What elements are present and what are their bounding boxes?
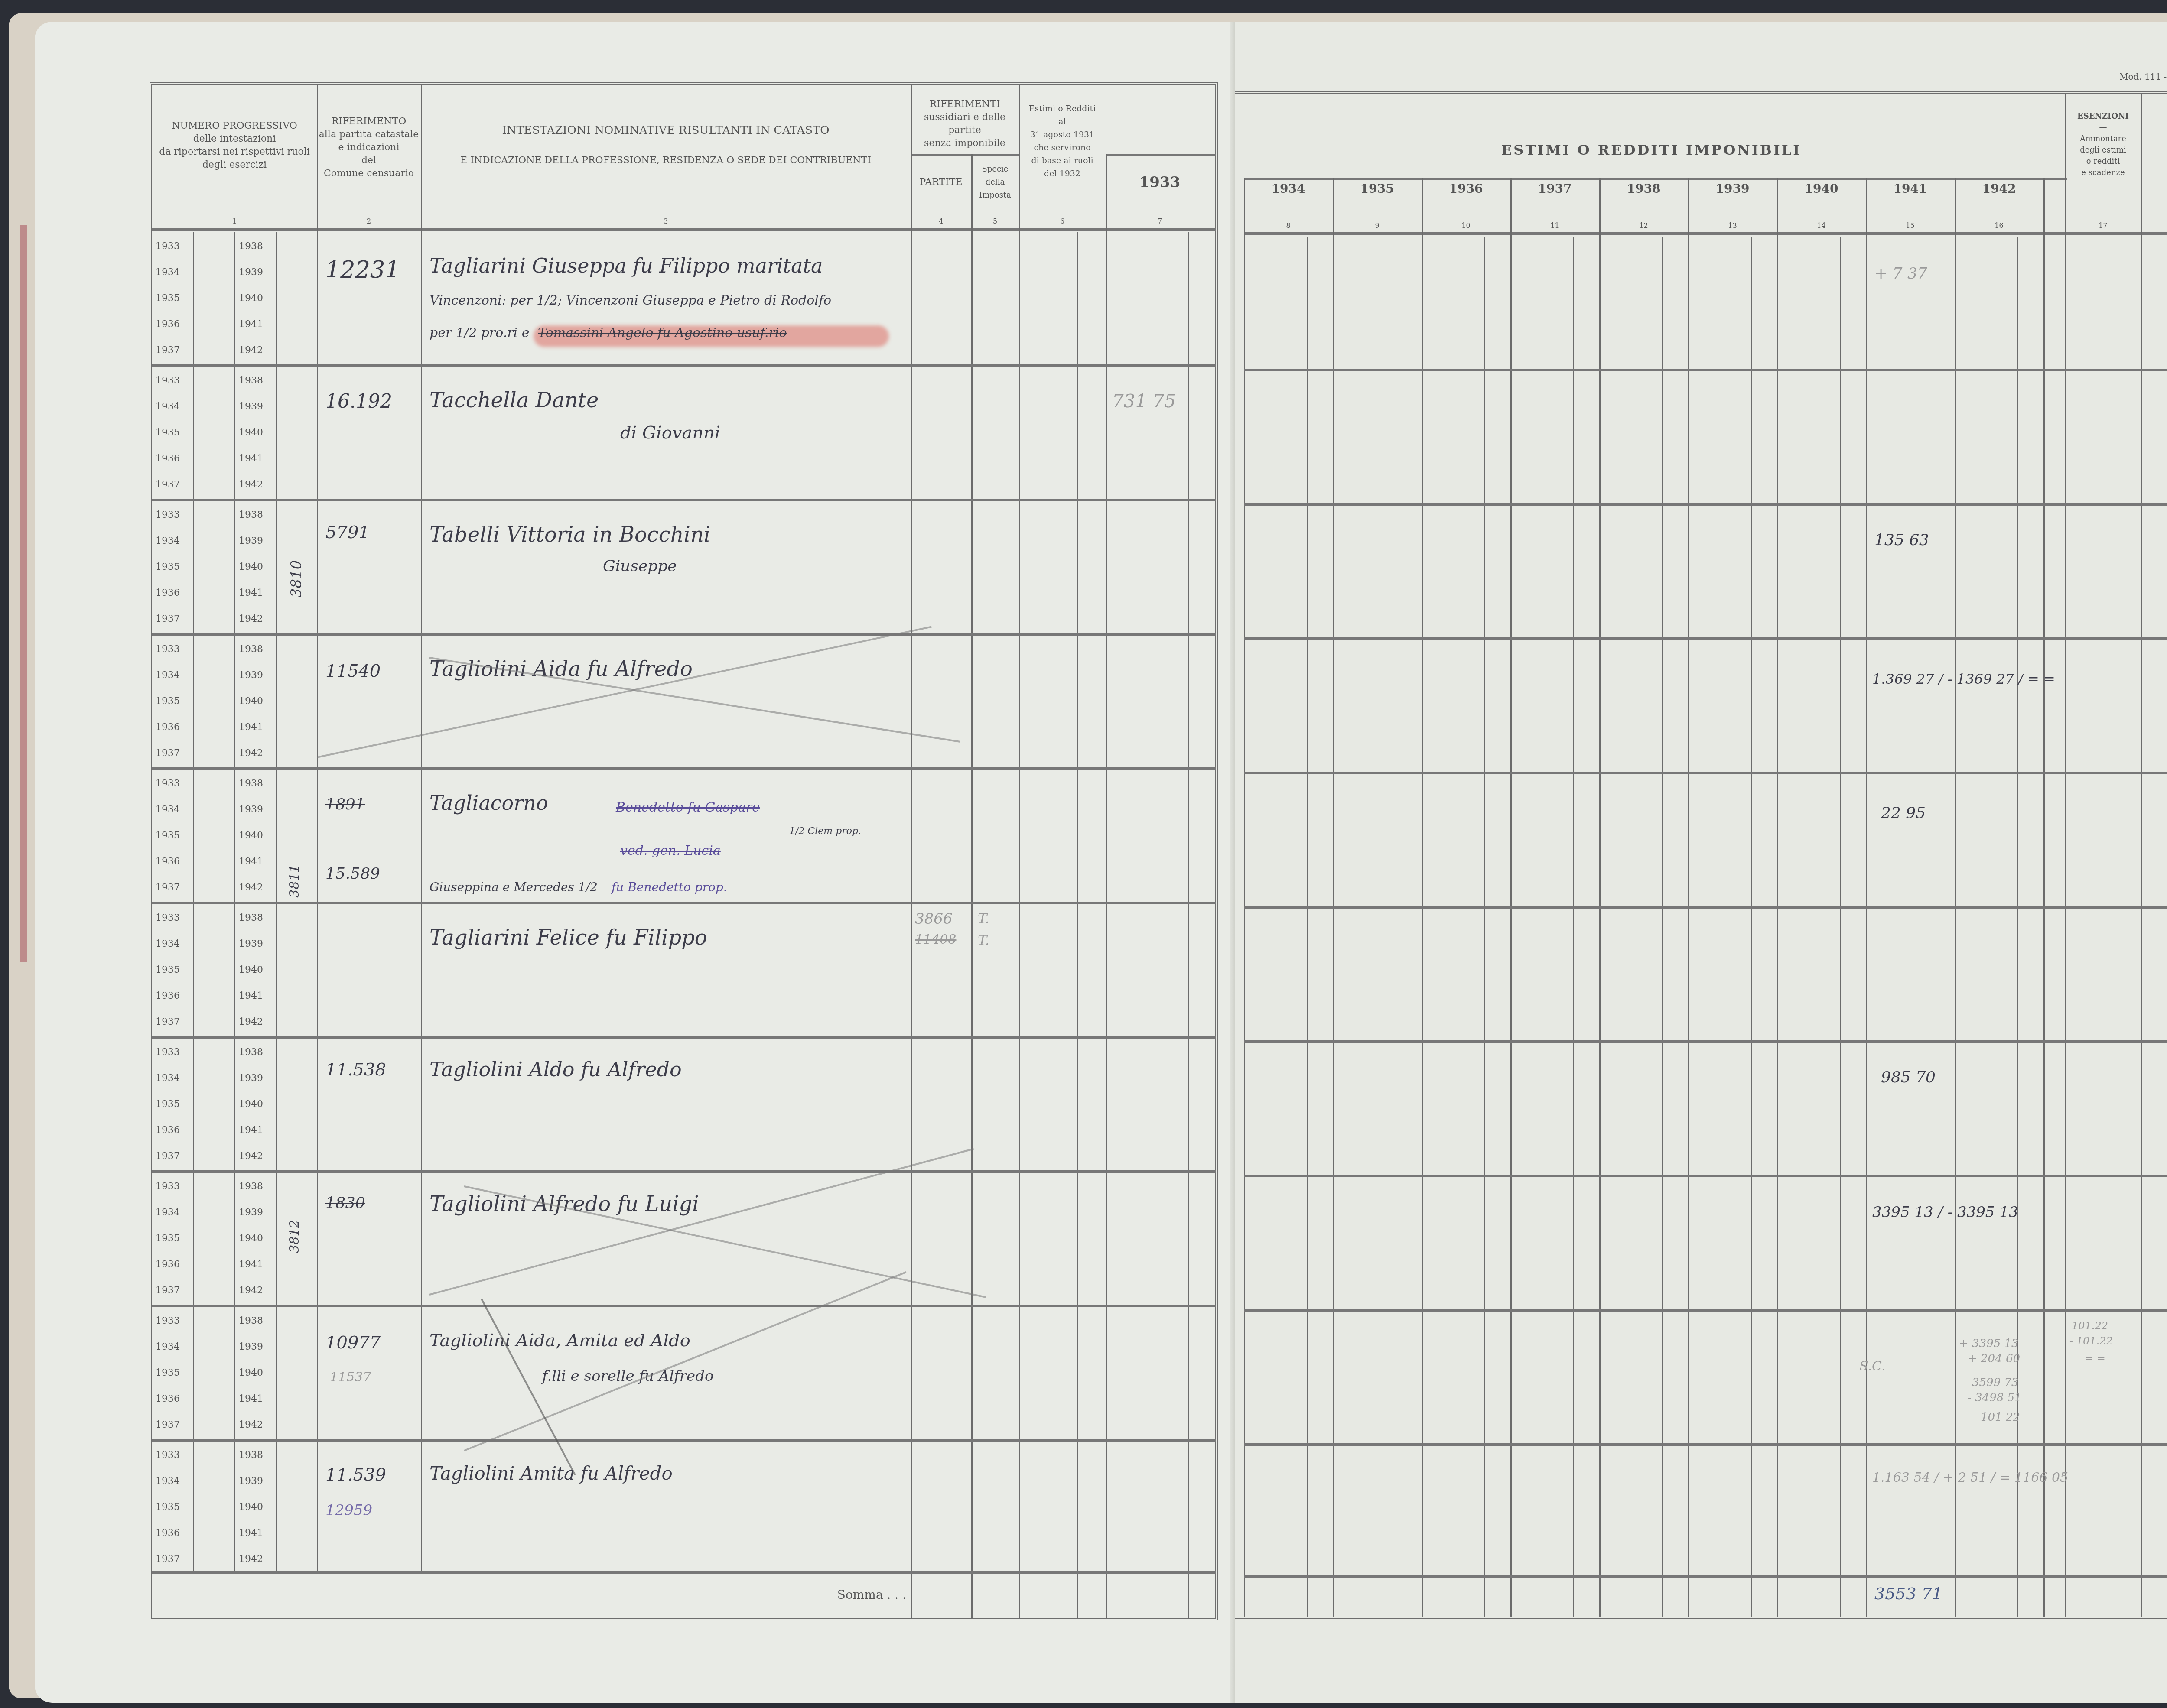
- esenzioni-line: —: [2065, 122, 2141, 133]
- col-number-7: 7: [1106, 215, 1214, 228]
- header-bottom-rule: [152, 228, 1216, 231]
- col3-sub: E INDICAZIONE DELLA PROFESSIONE, RESIDEN…: [421, 154, 911, 167]
- col3-title: INTESTAZIONI NOMINATIVE RISULTANTI IN CA…: [421, 124, 911, 137]
- year-label: 1935: [156, 696, 180, 707]
- pencil-cross-line: [429, 657, 960, 743]
- struck-partita: 1830: [325, 1194, 365, 1212]
- col6-line-2: al: [1019, 115, 1106, 128]
- year-label: 1936: [156, 1125, 180, 1136]
- col6-line-4: che servirono: [1019, 141, 1106, 154]
- row-divider: [1244, 906, 2167, 909]
- year-label: 1933: [156, 241, 180, 252]
- row-divider: [152, 902, 1216, 904]
- row-divider: [152, 364, 1216, 367]
- esenzioni-line: o redditi: [2065, 156, 2141, 167]
- imposta-type: T.: [978, 932, 989, 948]
- col-divider: [2141, 94, 2142, 1617]
- year-label: 1933: [156, 1450, 180, 1461]
- col6-header: Estimi o Redditi al 31 agosto 1931 che s…: [1019, 102, 1106, 180]
- col2-sub-3: del: [317, 154, 421, 167]
- col2-sub-1: alla partita catastale: [317, 128, 421, 141]
- col1-sub-3: degli esercizi: [152, 159, 317, 172]
- col-divider: [1955, 178, 1956, 1617]
- calc-line: + 204 60: [1968, 1352, 2020, 1365]
- col-number-3: 3: [421, 215, 911, 228]
- year-header-1940: 1940: [1777, 182, 1866, 195]
- year-label: 1936: [156, 453, 180, 464]
- owner-detail: f.lli e sorelle fu Alfredo: [542, 1367, 713, 1385]
- esenzioni-value: = =: [2085, 1352, 2105, 1364]
- calc-line: 3599 73: [1972, 1376, 2019, 1389]
- esenzioni-line: ESENZIONI: [2065, 111, 2141, 122]
- pen-cross-line: [481, 1299, 576, 1475]
- year-header-1937: 1937: [1510, 182, 1599, 195]
- row-divider: [1244, 503, 2167, 506]
- cents-divider: [1751, 237, 1752, 1617]
- struck-partita: 1891: [325, 796, 365, 813]
- year-label: 1940: [239, 964, 263, 975]
- row-divider: [152, 1571, 1216, 1574]
- row-divider: [152, 633, 1216, 636]
- col5-line-3: Imposta: [971, 189, 1019, 202]
- year-header-1941: 1941: [1866, 182, 1955, 195]
- year-label: 1935: [156, 1502, 180, 1513]
- year-label: 1937: [156, 748, 180, 759]
- year-label: 1934: [156, 938, 180, 949]
- cents-divider: [1929, 237, 1929, 1617]
- year-label: 1939: [239, 1207, 263, 1218]
- owner-detail: Giuseppina e Mercedes 1/2: [429, 880, 598, 894]
- year-label: 1939: [239, 536, 263, 546]
- year-label: 1937: [156, 1151, 180, 1162]
- col1-title: NUMERO PROGRESSIVO: [152, 120, 317, 133]
- col-divider: [1019, 85, 1020, 1619]
- year-label: 1942: [239, 1285, 263, 1296]
- year-label: 1942: [239, 479, 263, 490]
- year-label: 1934: [156, 1341, 180, 1352]
- year-label: 1939: [239, 1476, 263, 1487]
- year-label: 1936: [156, 856, 180, 867]
- year-label: 1940: [239, 830, 263, 841]
- year-label: 1938: [239, 375, 263, 386]
- year-header-1939: 1939: [1688, 182, 1777, 195]
- year-label: 1934: [156, 267, 180, 278]
- year-label: 1934: [156, 536, 180, 546]
- year-label: 1942: [239, 1554, 263, 1565]
- right-ledger-table: ESTIMI O REDDITI IMPONIBILI 1934 1935 19…: [1235, 91, 2167, 1620]
- row-divider: [152, 1305, 1216, 1307]
- value-1941-entry-3: 135 63: [1874, 531, 1929, 549]
- partita-number: 11540: [325, 661, 381, 681]
- year-label: 1933: [156, 1315, 180, 1326]
- year-label: 1933: [156, 912, 180, 923]
- year-label: 1942: [239, 748, 263, 759]
- col3-header: INTESTAZIONI NOMINATIVE RISULTANTI IN CA…: [421, 124, 911, 167]
- col-number-8: 8: [1244, 219, 1333, 232]
- year-label: 1934: [156, 1207, 180, 1218]
- row-divider: [1244, 1309, 2167, 1312]
- year-label: 1933: [156, 375, 180, 386]
- year-label: 1939: [239, 267, 263, 278]
- col2-title: RIFERIMENTO: [317, 115, 421, 128]
- value-1941-entry-1: + 7 37: [1874, 265, 1927, 283]
- col2-header: RIFERIMENTO alla partita catastale e ind…: [317, 115, 421, 180]
- year-label: 1941: [239, 1528, 263, 1539]
- partita-number: 11.538: [325, 1060, 386, 1080]
- col-number-10: 10: [1422, 219, 1510, 232]
- year-label: 1936: [156, 588, 180, 598]
- col-divider: [2065, 94, 2066, 1617]
- row-divider: [152, 1439, 1216, 1442]
- esenzioni-header: ESENZIONI — Ammontare degli estimi o red…: [2065, 111, 2141, 179]
- col4-header: PARTITE: [911, 176, 971, 189]
- side-note: 3810: [288, 560, 305, 598]
- col-number-17: 17: [2065, 219, 2141, 232]
- col-number-12: 12: [1599, 219, 1688, 232]
- owner-detail: fu Benedetto prop.: [612, 880, 727, 894]
- year-label: 1940: [239, 1367, 263, 1378]
- year-label: 1939: [239, 1341, 263, 1352]
- year-header-1935: 1935: [1333, 182, 1422, 195]
- col-number-14: 14: [1777, 219, 1866, 232]
- col-divider: [1599, 178, 1601, 1617]
- struck-partite-value: 11408: [915, 932, 956, 947]
- year-header-1938: 1938: [1599, 182, 1688, 195]
- col45-sub-2: senza imponibile: [911, 137, 1019, 150]
- value-1941-entry-7: 985 70: [1881, 1068, 1936, 1086]
- cents-divider: [1188, 232, 1189, 1619]
- row-divider: [1244, 1443, 2167, 1446]
- year-label: 1939: [239, 401, 263, 412]
- year-label: 1942: [239, 882, 263, 893]
- row-divider: [1244, 1575, 2167, 1578]
- year-label: 1938: [239, 1315, 263, 1326]
- row-divider: [152, 1170, 1216, 1173]
- row-divider: [1244, 1040, 2167, 1043]
- year-label: 1938: [239, 510, 263, 520]
- year-label: 1939: [239, 1073, 263, 1084]
- year-label: 1936: [156, 722, 180, 733]
- partita-number: 5791: [325, 523, 370, 542]
- right-page: Mod. 111 - Imposte Dirette (Intercalare)…: [1235, 22, 2167, 1703]
- left-page: NUMERO PROGRESSIVO delle intestazioni da…: [35, 22, 1235, 1703]
- col-number-2: 2: [317, 215, 421, 228]
- year-label: 1939: [239, 804, 263, 815]
- struck-text: ved. gen. Lucia: [620, 843, 721, 858]
- pencil-cross-line: [464, 1185, 986, 1298]
- year-label: 1937: [156, 614, 180, 624]
- col-number-18: 18: [2141, 219, 2167, 232]
- owner-name: Tabelli Vittoria in Bocchini: [429, 523, 710, 547]
- col6-line-5: di base ai ruoli: [1019, 154, 1106, 167]
- row-divider: [152, 767, 1216, 770]
- col-number-16: 16: [1955, 219, 2043, 232]
- partite-value: 3866: [915, 910, 953, 928]
- owner-detail: di Giovanni: [620, 423, 720, 443]
- pencil-cross-line: [464, 1271, 906, 1451]
- struck-text: Benedetto fu Gaspare: [616, 800, 760, 815]
- year-label: 1941: [239, 1393, 263, 1404]
- esenzioni-line: e scadenze: [2065, 167, 2141, 179]
- col-divider: [2043, 178, 2045, 1617]
- row-divider: [1244, 369, 2167, 371]
- somma-label: Somma . . .: [802, 1588, 906, 1601]
- year-label: 1941: [239, 722, 263, 733]
- year-label: 1942: [239, 614, 263, 624]
- col-number-4: 4: [911, 215, 971, 228]
- year-label: 1936: [156, 1259, 180, 1270]
- col6-line-1: Estimi o Redditi: [1019, 102, 1106, 115]
- years-top-rule: [1244, 178, 2067, 180]
- owner-detail: Vincenzoni: per 1/2; Vincenzoni Giuseppa…: [429, 293, 831, 308]
- col-number-1: 1: [152, 215, 317, 228]
- year-label: 1933: [156, 1047, 180, 1058]
- riferimenti-rule: [911, 154, 1019, 156]
- col6-line-6: del 1932: [1019, 167, 1106, 180]
- year-label: 1935: [156, 1099, 180, 1110]
- year-label: 1937: [156, 1554, 180, 1565]
- col1-sub-2: da riportarsi nei rispettivi ruoli: [152, 146, 317, 159]
- col1-sub-1: delle intestazioni: [152, 133, 317, 146]
- col-number-13: 13: [1688, 219, 1777, 232]
- year-label: 1934: [156, 804, 180, 815]
- cents-divider: [1573, 237, 1574, 1617]
- owner-name: Tagliacorno: [429, 791, 548, 815]
- year-label: 1935: [156, 964, 180, 975]
- somma-1941-value: 3553 71: [1874, 1584, 1942, 1603]
- col7-header: 1933: [1106, 176, 1214, 189]
- year-label: 1942: [239, 1419, 263, 1430]
- col6-line-3: 31 agosto 1931: [1019, 128, 1106, 141]
- year-label: 1938: [239, 1450, 263, 1461]
- value-1933: 731 75: [1112, 390, 1176, 412]
- year-label: 1936: [156, 319, 180, 330]
- owner-name: Tagliarini Felice fu Filippo: [429, 925, 707, 950]
- year-label: 1934: [156, 1073, 180, 1084]
- year-label: 1938: [239, 912, 263, 923]
- col-divider: [1106, 154, 1107, 1619]
- calc-line: 101 22: [1981, 1411, 2020, 1424]
- year-label: 1935: [156, 427, 180, 438]
- year-label: 1942: [239, 1016, 263, 1027]
- partita-number: 11.539: [325, 1465, 386, 1485]
- year-label: 1937: [156, 1016, 180, 1027]
- owner-name: Tagliarini Giuseppa fu Filippo maritata: [429, 254, 823, 277]
- side-note: 3812: [287, 1220, 302, 1253]
- esenzioni-line: Ammontare: [2065, 133, 2141, 145]
- value-1941-entry-5: 22 95: [1881, 804, 1926, 822]
- year-label: 1940: [239, 1502, 263, 1513]
- col-number-9: 9: [1333, 219, 1422, 232]
- year-label: 1933: [156, 778, 180, 789]
- year-label: 1941: [239, 856, 263, 867]
- year-label: 1937: [156, 1285, 180, 1296]
- calc-line: - 3498 51: [1968, 1391, 2022, 1404]
- year-label: 1933: [156, 1181, 180, 1192]
- year-label: 1935: [156, 830, 180, 841]
- calc-line: + 3395 13: [1959, 1337, 2019, 1350]
- partita-number-2: 11537: [330, 1370, 371, 1385]
- value-1941-entry-10: 1.163 54 / + 2 51 / = 1166 05: [1872, 1469, 2068, 1487]
- owner-detail: 1/2 Clem prop.: [789, 826, 861, 837]
- form-code: Mod. 111 - Imposte Dirette (Intercalare)…: [2119, 71, 2167, 82]
- col-divider: [1244, 178, 1245, 1617]
- year-label: 1941: [239, 1259, 263, 1270]
- year-label: 1941: [239, 990, 263, 1001]
- owner-detail: Giuseppe: [603, 557, 677, 575]
- cents-divider: [2017, 237, 2018, 1617]
- year-label: 1941: [239, 1125, 263, 1136]
- year-label: 1941: [239, 588, 263, 598]
- col-divider: [1422, 178, 1423, 1617]
- cents-divider: [1484, 237, 1485, 1617]
- year-label: 1937: [156, 882, 180, 893]
- year-label: 1933: [156, 510, 180, 520]
- col-divider: [1777, 178, 1778, 1617]
- year-label: 1935: [156, 1367, 180, 1378]
- year-label: 1933: [156, 644, 180, 655]
- year-label: 1940: [239, 696, 263, 707]
- year-label: 1939: [239, 938, 263, 949]
- partita-number-2: 12959: [325, 1502, 372, 1519]
- year-label: 1938: [239, 1181, 263, 1192]
- cents-divider: [1396, 237, 1396, 1617]
- owner-detail: per 1/2 pro.ri e: [429, 325, 530, 341]
- row-divider: [152, 1036, 1216, 1039]
- year-label: 1941: [239, 319, 263, 330]
- col5-line-1: Specie: [971, 163, 1019, 176]
- esenzioni-value: 101.22: [2072, 1320, 2108, 1332]
- header-bottom-rule: [1244, 232, 2167, 235]
- owner-name: Tagliolini Amita fu Alfredo: [429, 1463, 673, 1484]
- year-label: 1934: [156, 1476, 180, 1487]
- year-label: 1937: [156, 479, 180, 490]
- pencil-cross-line: [317, 626, 932, 758]
- year-header-1934: 1934: [1244, 182, 1333, 195]
- year-label: 1936: [156, 1393, 180, 1404]
- col45-sub-1: sussidiari e delle partite: [911, 111, 1019, 137]
- binding-tape: [20, 225, 27, 962]
- row-divider: [1244, 637, 2167, 640]
- row-divider: [1244, 1175, 2167, 1177]
- col-divider: [1510, 178, 1512, 1617]
- col-number-6: 6: [1019, 215, 1106, 228]
- year-label: 1942: [239, 345, 263, 356]
- col-divider: [1866, 178, 1867, 1617]
- partita-number: 15.589: [325, 865, 380, 883]
- imposta-type: T.: [978, 910, 989, 927]
- col-divider: [421, 85, 422, 1571]
- year-label: 1938: [239, 241, 263, 252]
- year-label: 1942: [239, 1151, 263, 1162]
- year-label: 1941: [239, 453, 263, 464]
- col-number-5: 5: [971, 215, 1019, 228]
- year-label: 1940: [239, 1099, 263, 1110]
- esenzioni-line: degli estimi: [2065, 145, 2141, 156]
- year-label: 1937: [156, 1419, 180, 1430]
- partita-number: 12231: [325, 256, 400, 283]
- year-label: 1937: [156, 345, 180, 356]
- esenzioni-value: - 101.22: [2069, 1335, 2113, 1347]
- year-label: 1934: [156, 401, 180, 412]
- sc-label: S.C.: [1859, 1359, 1885, 1374]
- col7-top-rule: [1106, 154, 1216, 156]
- year-label: 1940: [239, 293, 263, 304]
- left-ledger-table: NUMERO PROGRESSIVO delle intestazioni da…: [150, 82, 1218, 1620]
- col-number-15: 15: [1866, 219, 1955, 232]
- cents-divider: [1840, 237, 1841, 1617]
- owner-name: Tagliolini Alfredo fu Luigi: [429, 1192, 699, 1216]
- col2-sub-2: e indicazioni: [317, 141, 421, 154]
- side-note: 3811: [287, 864, 302, 897]
- year-label: 1940: [239, 1233, 263, 1244]
- row-divider: [152, 499, 1216, 501]
- year-label: 1935: [156, 1233, 180, 1244]
- col1-header: NUMERO PROGRESSIVO delle intestazioni da…: [152, 120, 317, 172]
- col-divider: [1688, 178, 1689, 1617]
- annotazioni-header: ANNOTAZIONI: [2141, 159, 2167, 172]
- col45-header: RIFERIMENTI sussidiari e delle partite s…: [911, 98, 1019, 150]
- value-1941-entry-4: 1.369 27 / - 1369 27 / = =: [1872, 670, 2055, 688]
- year-label: 1940: [239, 427, 263, 438]
- year-label: 1939: [239, 670, 263, 681]
- col2-sub-4: Comune censuario: [317, 167, 421, 180]
- year-label: 1935: [156, 293, 180, 304]
- col-divider: [971, 154, 973, 1619]
- col-number-11: 11: [1510, 219, 1599, 232]
- year-label: 1935: [156, 562, 180, 572]
- cents-divider: [1307, 237, 1308, 1617]
- owner-name: Tagliolini Aldo fu Alfredo: [429, 1058, 682, 1081]
- col-divider: [317, 85, 318, 1571]
- cents-divider: [1662, 237, 1663, 1617]
- year-header-1942: 1942: [1955, 182, 2043, 195]
- cents-divider: [1077, 232, 1078, 1619]
- struck-text: Tomassini Angelo fu Agostino usuf.rio: [538, 325, 787, 341]
- owner-name: Tagliolini Aida, Amita ed Aldo: [429, 1331, 690, 1351]
- partita-number: 16.192: [325, 390, 392, 412]
- year-label: 1936: [156, 1528, 180, 1539]
- year-label: 1936: [156, 990, 180, 1001]
- year-label: 1938: [239, 778, 263, 789]
- estimi-title: ESTIMI O REDDITI IMPONIBILI: [1244, 143, 2059, 156]
- row-divider: [1244, 772, 2167, 774]
- col-divider: [911, 85, 912, 1619]
- col-divider: [1333, 178, 1334, 1617]
- year-label: 1938: [239, 644, 263, 655]
- value-1941-entry-8: 3395 13 / - 3395 13: [1872, 1203, 2018, 1222]
- col5-line-2: della: [971, 176, 1019, 189]
- owner-name: Tacchella Dante: [429, 388, 599, 412]
- col5-header: Specie della Imposta: [971, 163, 1019, 202]
- partita-number: 10977: [325, 1333, 381, 1353]
- year-label: 1938: [239, 1047, 263, 1058]
- year-label: 1934: [156, 670, 180, 681]
- col45-title: RIFERIMENTI: [911, 98, 1019, 111]
- year-label: 1940: [239, 562, 263, 572]
- year-header-1936: 1936: [1422, 182, 1510, 195]
